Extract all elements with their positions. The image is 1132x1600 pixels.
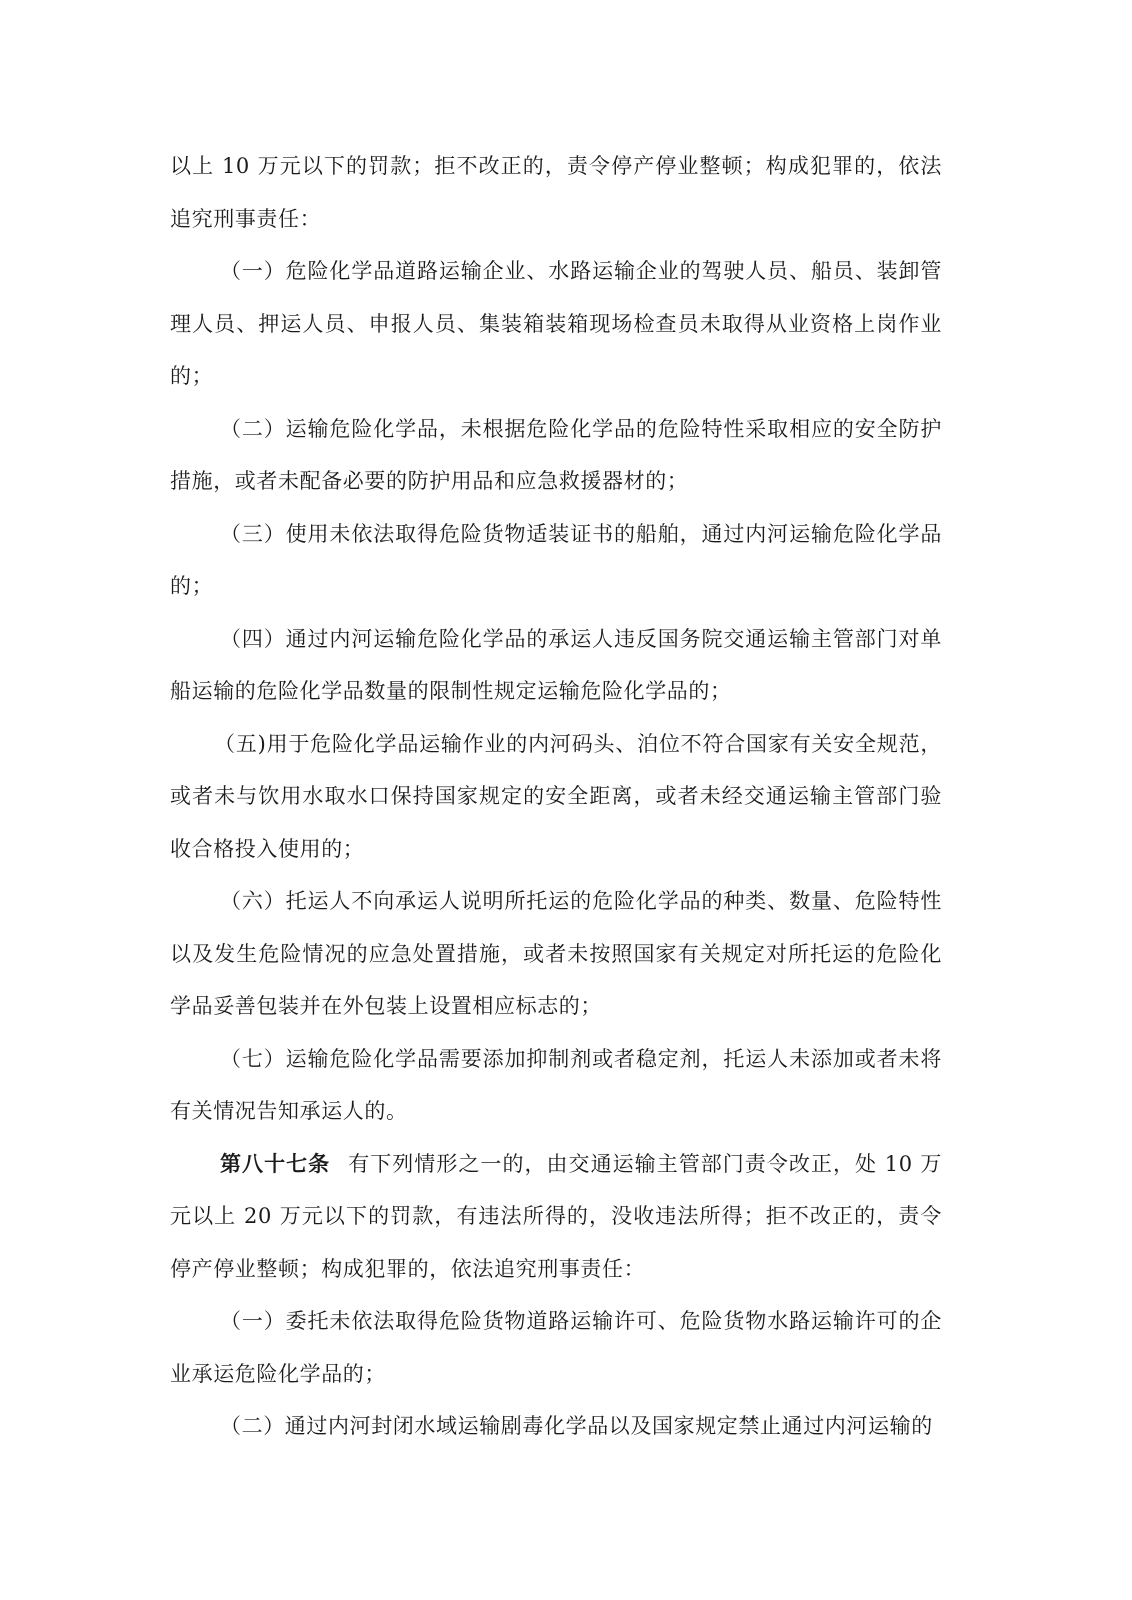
paragraph-item-2: （二）运输危险化学品，未根据危险化学品的危险特性采取相应的安全防护措施，或者未配… [170, 403, 942, 508]
document-page: 以上 10 万元以下的罚款；拒不改正的，责令停产停业整顿；构成犯罪的，依法追究刑… [170, 140, 942, 1453]
article-87: 第八十七条有下列情形之一的，由交通运输主管部门责令改正，处 10 万元以上 20… [170, 1138, 942, 1296]
paragraph-item-5: （五)用于危险化学品运输作业的内河码头、泊位不符合国家有关安全规范，或者未与饮用… [170, 718, 942, 876]
paragraph-item-1: （一）危险化学品道路运输企业、水路运输企业的驾驶人员、船员、装卸管理人员、押运人… [170, 245, 942, 403]
paragraph-item-6: （六）托运人不向承运人说明所托运的危险化学品的种类、数量、危险特性以及发生危险情… [170, 875, 942, 1033]
article-heading: 第八十七条 [220, 1151, 330, 1176]
paragraph-item-3: （三）使用未依法取得危险货物适装证书的船舶，通过内河运输危险化学品的； [170, 508, 942, 613]
paragraph-item-4: （四）通过内河运输危险化学品的承运人违反国务院交通运输主管部门对单船运输的危险化… [170, 613, 942, 718]
paragraph-item-7: （七）运输危险化学品需要添加抑制剂或者稳定剂，托运人未添加或者未将有关情况告知承… [170, 1033, 942, 1138]
paragraph-article87-item-1: （一）委托未依法取得危险货物道路运输许可、危险货物水路运输许可的企业承运危险化学… [170, 1295, 942, 1400]
paragraph-continuation: 以上 10 万元以下的罚款；拒不改正的，责令停产停业整顿；构成犯罪的，依法追究刑… [170, 140, 942, 245]
paragraph-article87-item-2: （二）通过内河封闭水域运输剧毒化学品以及国家规定禁止通过内河运输的 [170, 1400, 942, 1453]
